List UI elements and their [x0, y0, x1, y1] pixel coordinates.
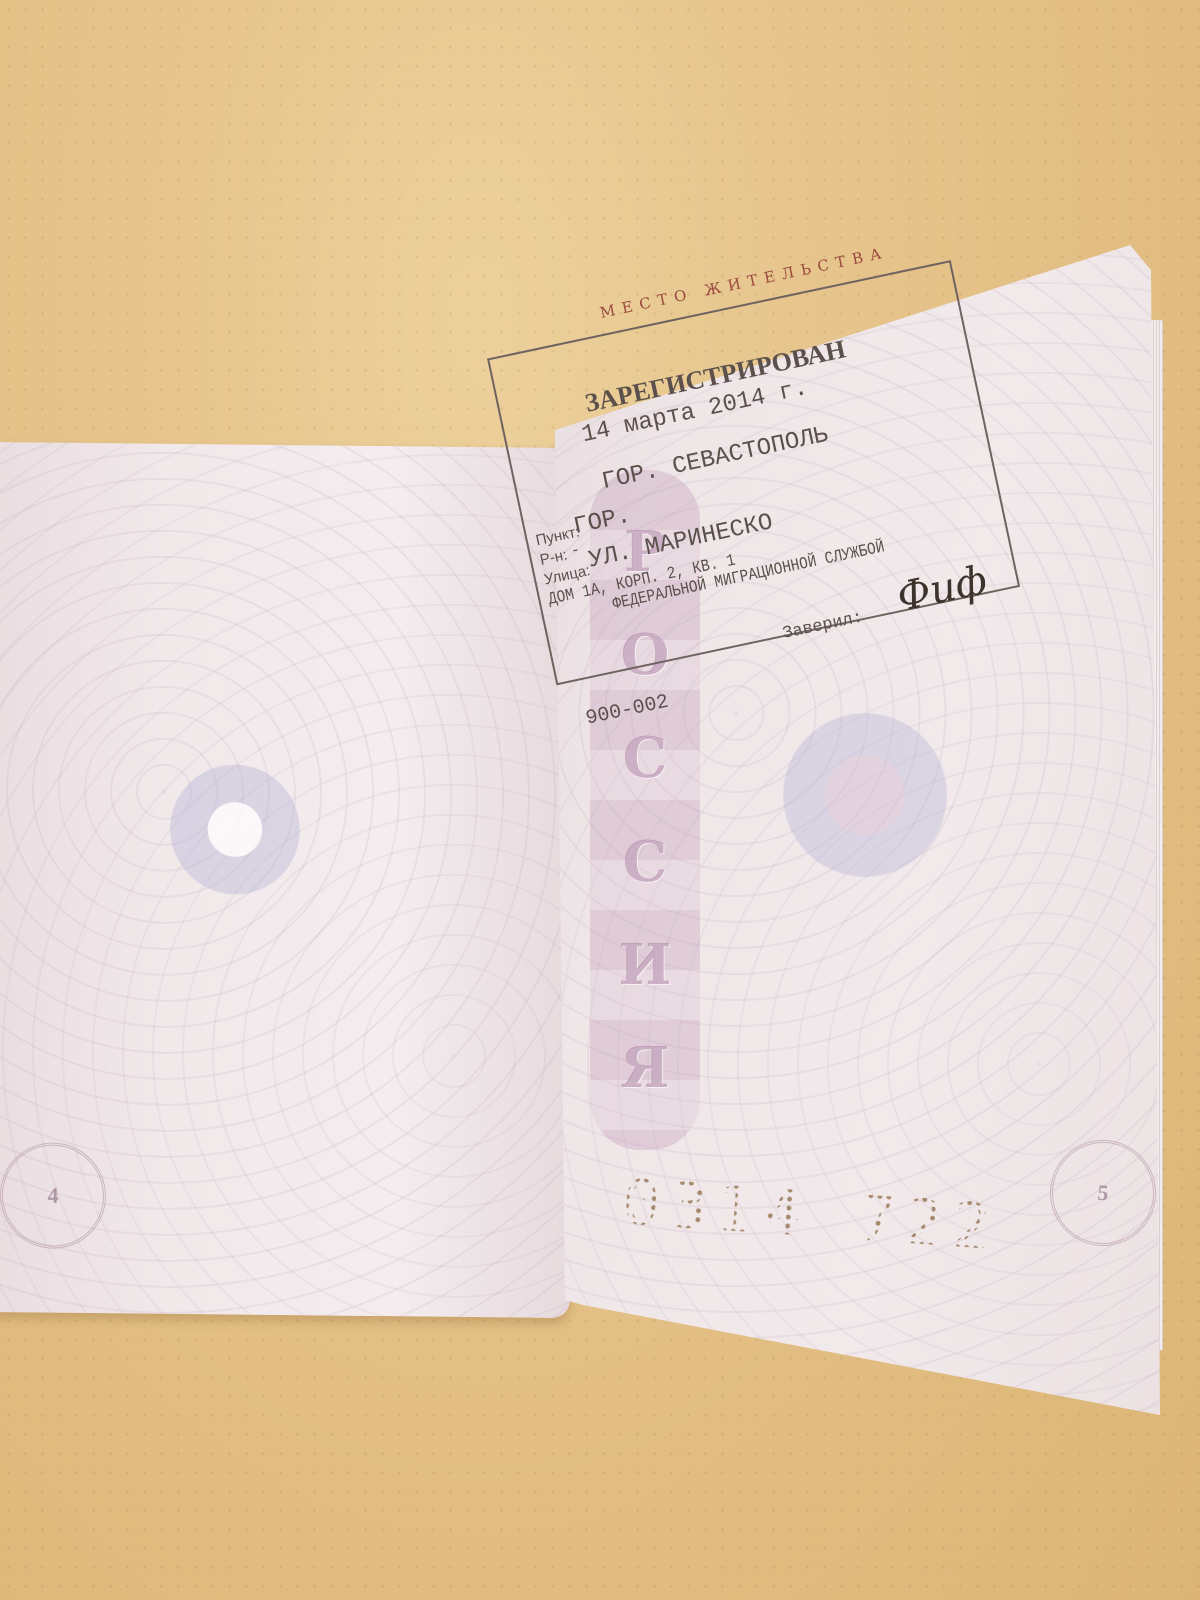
registration-stamp: ЗАРЕГИСТРИРОВАН 14 марта 2014 г. ГОР. СЕ… — [487, 260, 1020, 685]
band-letter: И — [619, 932, 672, 998]
watermark-emblem-right — [775, 700, 955, 890]
watermark-emblem-left — [150, 764, 320, 896]
band-letter: Я — [620, 1035, 669, 1101]
official-signature: Фиф — [893, 557, 991, 621]
certified-label: Заверил: — [781, 608, 865, 644]
page-number-right: 5 — [1097, 1180, 1110, 1207]
district-value: - — [569, 542, 581, 561]
locality-value: ГОР. — [571, 503, 633, 541]
left-page: 4 — [0, 442, 570, 1318]
division-code: 900-002 — [584, 691, 671, 731]
band-letter: С — [623, 829, 668, 895]
label-district: Р-н: — [538, 546, 568, 568]
page-number-left: 4 — [48, 1183, 59, 1209]
page-number-ornament-left: 4 — [0, 1142, 106, 1249]
